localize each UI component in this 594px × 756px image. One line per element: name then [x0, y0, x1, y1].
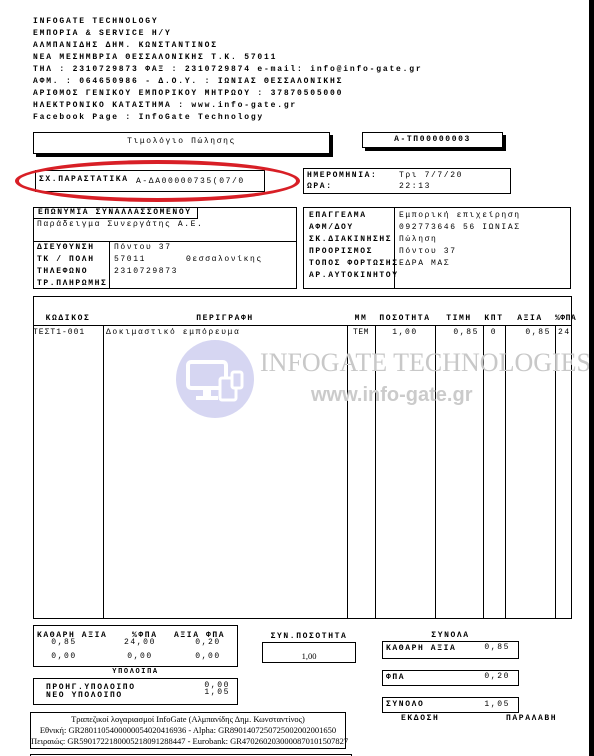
vat-total-value: 0,20	[484, 671, 510, 683]
balances-title: ΥΠΟΛΟΙΠΑ	[33, 666, 238, 678]
phone-label: ΤΗΛΕΦΩΝΟ	[37, 266, 88, 278]
grand-total-value: 1,05	[484, 699, 510, 711]
zip-city-label: ΤΚ / ΠΟΛΗ	[37, 254, 95, 266]
column-header-unit: ΜΜ	[347, 313, 375, 325]
new-balance-label: ΝΕΟ ΥΠΟΛΟΙΠΟ	[46, 690, 123, 702]
item-price: 0,85	[435, 327, 479, 339]
zip-value: 57011	[114, 254, 146, 266]
detail-label: ΠΡΟΟΡΙΣΜΟΣ	[309, 246, 373, 258]
highlight-ellipse	[15, 160, 300, 202]
receive-signature-label: ΠΑΡΑΛΑΒΗ	[506, 713, 557, 725]
company-line: ΑΦΜ. : 064650986 - Δ.Ο.Υ. : ΙΩΝΙΑΣ ΘΕΣΣΑ…	[33, 76, 422, 88]
company-line: Facebook Page : InfoGate Technology	[33, 112, 422, 124]
column-header-code: ΚΩΔΙΚΟΣ	[33, 313, 103, 325]
document-number-box: Α-ΤΠ00000003	[362, 132, 503, 148]
details-box: ΕΠΑΓΓΕΛΜΑ Εμπορική επιχείρηση ΑΦΜ/ΔΟΥ 09…	[303, 207, 571, 289]
company-line: ΕΜΠΟΡΙΑ & SERVICE Η/Υ	[33, 28, 422, 40]
detail-label: ΣΚ.ΔΙΑΚΙΝΗΣΗΣ	[309, 234, 392, 246]
item-discount: 0	[483, 327, 505, 339]
new-balance-value: 1,05	[204, 687, 230, 699]
quantity-total-value: 1,00	[263, 651, 355, 661]
vat-total-label: ΦΠΑ	[386, 672, 405, 684]
city-value: Θεσσαλονίκης	[186, 254, 263, 266]
company-line: ΝΕΑ ΜΕΣΗΜΒΡΙΑ ΘΕΣΣΑΛΟΝΙΚΗΣ Τ.Κ. 57011	[33, 52, 422, 64]
vat-percent-value: 24,00	[114, 637, 166, 649]
address-label: ΔΙΕΥΘΥΝΣΗ	[37, 242, 95, 254]
quantity-total-box: 1,00	[262, 642, 356, 663]
issue-signature-label: ΕΚΔΟΣΗ	[401, 713, 439, 725]
vat-percent-value: 0,00	[114, 651, 166, 663]
detail-label: ΤΟΠΟΣ ΦΟΡΤΩΣΗΣ	[309, 258, 399, 270]
company-line: INFOGATE TECHNOLOGY	[33, 16, 422, 28]
detail-value: Πώληση	[399, 234, 437, 246]
column-header-description: ΠΕΡΙΓΡΑΦΗ	[103, 313, 347, 325]
item-unit: ΤΕΜ	[350, 327, 372, 339]
vat-total-box: ΦΠΑ 0,20	[382, 670, 519, 686]
customer-name-label-box: ΕΠΩΝΥΜΙΑ ΣΥΝΑΛΛΑΣΣΟΜΕΝΟΥ	[33, 207, 198, 219]
date-time-box: ΗΜΕΡΟΜΗΝΙΑ: Τρι 7/7/20 ΩΡΑ: 22:13	[303, 168, 511, 194]
phone-value: 2310729873	[114, 266, 178, 278]
address-value: Πόντου 37	[114, 242, 172, 254]
page-edge	[589, 0, 594, 756]
document-number: Α-ΤΠ00000003	[363, 134, 502, 146]
vat-amount-value: 0,20	[182, 637, 234, 649]
column-header-price: ΤΙΜΗ	[435, 313, 483, 325]
detail-value: ΕΔΡΑ ΜΑΣ	[399, 258, 450, 270]
vat-amount-value: 0,00	[182, 651, 234, 663]
customer-name-label: ΕΠΩΝΥΜΙΑ ΣΥΝΑΛΛΑΣΣΟΜΕΝΟΥ	[38, 207, 192, 219]
grand-total-box: ΣΥΝΟΛΟ 1,05	[382, 697, 519, 713]
net-total-label: ΚΑΘΑΡΗ ΑΞΙΑ	[386, 643, 456, 655]
payment-label: ΤΡ.ΠΛΗΡΩΜΗΣ	[37, 278, 107, 290]
company-line: ΤΗΛ : 2310729873 ΦΑΞ : 2310729874 e-mail…	[33, 64, 422, 76]
grand-total-label: ΣΥΝΟΛΟ	[386, 699, 424, 711]
customer-name: Παράδειγμα Συνεργάτης Α.Ε.	[37, 219, 203, 231]
company-header: INFOGATE TECHNOLOGY ΕΜΠΟΡΙΑ & SERVICE Η/…	[33, 16, 422, 124]
vat-summary-box: ΚΑΘΑΡΗ ΑΞΙΑ %ΦΠΑ ΑΞΙΑ ΦΠΑ 0,85 24,00 0,2…	[33, 625, 238, 667]
balances-box: ΠΡΟΗΓ.ΥΠΟΛΟΙΠΟ 0,00 ΝΕΟ ΥΠΟΛΟΙΠΟ 1,05	[33, 678, 238, 705]
item-quantity: 1,00	[375, 327, 435, 339]
vat-net-value: 0,00	[34, 651, 94, 663]
document-type: Τιμολόγιο Πώλησης	[34, 136, 329, 148]
vat-net-value: 0,85	[34, 637, 94, 649]
time-label: ΩΡΑ:	[307, 181, 333, 193]
items-table	[33, 296, 572, 619]
column-header-vat: %ΦΠΑ	[555, 313, 573, 325]
detail-label: ΕΠΑΓΓΕΛΜΑ	[309, 210, 367, 222]
customer-box: ΕΠΩΝΥΜΙΑ ΣΥΝΑΛΛΑΣΣΟΜΕΝΟΥ Παράδειγμα Συνε…	[33, 207, 297, 289]
detail-value: 092773646 56 ΙΩΝΙΑΣ	[399, 222, 521, 234]
detail-label: ΑΡ.ΑΥΤΟΚΙΝΗΤΟΥ	[309, 270, 399, 282]
item-vat: 24	[558, 327, 571, 339]
bank-title: Τραπεζικοί λογαριασμοί InfoGate (Αλμπανί…	[31, 714, 345, 724]
column-header-quantity: ΠΟΣΟΤΗΤΑ	[375, 313, 435, 325]
net-total-box: ΚΑΘΑΡΗ ΑΞΙΑ 0,85	[382, 641, 519, 659]
time-value: 22:13	[399, 181, 431, 193]
company-line: ΑΡΙΘΜΟΣ ΓΕΝΙΚΟΥ ΕΜΠΟΡΙΚΟΥ ΜΗΤΡΩΟΥ : 3787…	[33, 88, 422, 100]
bank-accounts-box: Τραπεζικοί λογαριασμοί InfoGate (Αλμπανί…	[30, 712, 346, 749]
item-value: 0,85	[505, 327, 551, 339]
column-header-value: ΑΞΙΑ	[505, 313, 555, 325]
detail-value: Εμπορική επιχείρηση	[399, 210, 521, 222]
column-header-discount: ΚΠΤ	[483, 313, 505, 325]
detail-label: ΑΦΜ/ΔΟΥ	[309, 222, 354, 234]
detail-value: Πόντου 37	[399, 246, 457, 258]
item-description: Δοκιμαστικό εμπόρευμα	[106, 327, 240, 339]
item-code: ΤΕΣΤ1-001	[33, 327, 85, 339]
bank-line: Πειραιώς: GR5901722180005218091288447 - …	[31, 736, 345, 746]
net-total-value: 0,85	[484, 642, 510, 654]
document-type-box: Τιμολόγιο Πώλησης	[33, 132, 330, 154]
company-line: ΗΛΕΚΤΡΟΝΙΚΟ ΚΑΤΑΣΤΗΜΑ : www.info-gate.gr	[33, 100, 422, 112]
company-line: ΑΛΜΠΑΝΙΔΗΣ ΔΗΜ. ΚΩΝΣΤΑΝΤΙΝΟΣ	[33, 40, 422, 52]
bank-line: Εθνική: GR2801105400000054020416936 - Al…	[31, 725, 345, 735]
